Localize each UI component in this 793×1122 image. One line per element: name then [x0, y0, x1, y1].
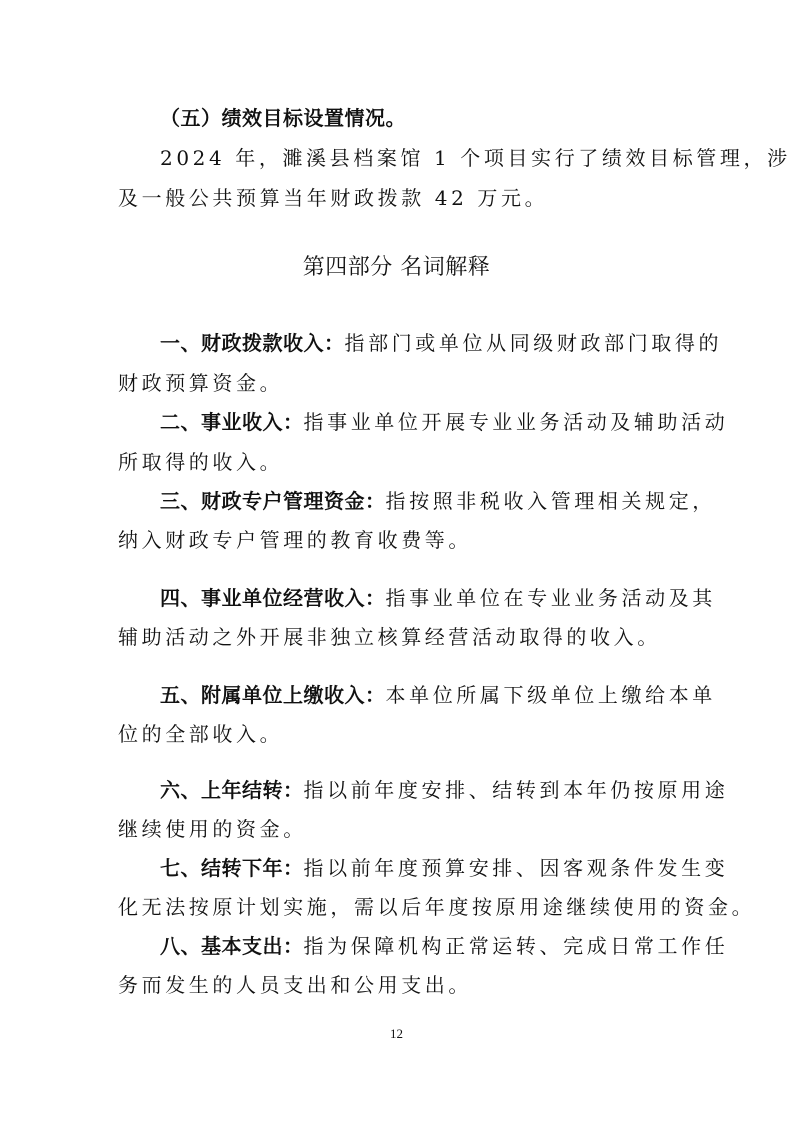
definition-term: 六、上年结转：	[160, 778, 304, 802]
definition-item: 一、财政拨款收入：指部门或单位从同级财政部门取得的	[160, 331, 722, 355]
definition-continuation: 继续使用的资金。	[118, 817, 307, 841]
definition-text: 指以前年度安排、结转到本年仍按原用途	[304, 778, 729, 802]
section-title: 第四部分 名词解释	[0, 254, 793, 282]
definition-term: 四、事业单位经营收入：	[160, 586, 386, 610]
definition-text: 指以前年度预算安排、因客观条件发生变	[304, 856, 729, 880]
definition-term: 一、财政拨款收入：	[160, 331, 345, 355]
definition-continuation: 化无法按原计划实施，需以后年度按原用途继续使用的资金。	[118, 895, 755, 919]
subsection-heading: （五）绩效目标设置情况。	[160, 106, 406, 130]
document-page: （五）绩效目标设置情况。 2024 年，濉溪县档案馆 1 个项目实行了绩效目标管…	[0, 0, 793, 1122]
definition-term: 三、财政专户管理资金：	[160, 489, 386, 513]
definition-text: 指部门或单位从同级财政部门取得的	[345, 331, 723, 355]
definition-text: 指为保障机构正常运转、完成日常工作任	[304, 934, 729, 958]
definition-item: 四、事业单位经营收入：指事业单位在专业业务活动及其	[160, 586, 716, 610]
definition-text: 指按照非税收入管理相关规定，	[386, 489, 716, 513]
definition-continuation: 纳入财政专户管理的教育收费等。	[118, 528, 472, 552]
definition-item: 五、附属单位上缴收入：本单位所属下级单位上缴给本单	[160, 683, 716, 707]
definition-text: 本单位所属下级单位上缴给本单	[386, 683, 716, 707]
definition-term: 五、附属单位上缴收入：	[160, 683, 386, 707]
definition-item: 八、基本支出：指为保障机构正常运转、完成日常工作任	[160, 934, 728, 958]
definition-continuation: 务而发生的人员支出和公用支出。	[118, 973, 472, 997]
definition-item: 六、上年结转：指以前年度安排、结转到本年仍按原用途	[160, 778, 728, 802]
paragraph-line: 及一般公共预算当年财政拨款 42 万元。	[118, 186, 548, 210]
definition-term: 八、基本支出：	[160, 934, 304, 958]
definition-text: 指事业单位在专业业务活动及其	[386, 586, 716, 610]
definition-continuation: 辅助活动之外开展非独立核算经营活动取得的收入。	[118, 625, 661, 649]
definition-continuation: 财政预算资金。	[118, 371, 283, 395]
definition-term: 七、结转下年：	[160, 856, 304, 880]
definition-continuation: 所取得的收入。	[118, 450, 283, 474]
definition-term: 二、事业收入：	[160, 410, 304, 434]
paragraph-line: 2024 年，濉溪县档案馆 1 个项目实行了绩效目标管理，涉	[160, 146, 791, 170]
page-number: 12	[0, 1026, 793, 1042]
definition-continuation: 位的全部收入。	[118, 722, 283, 746]
definition-item: 七、结转下年：指以前年度预算安排、因客观条件发生变	[160, 856, 728, 880]
definition-text: 指事业单位开展专业业务活动及辅助活动	[304, 410, 729, 434]
definition-item: 二、事业收入：指事业单位开展专业业务活动及辅助活动	[160, 410, 728, 434]
definition-item: 三、财政专户管理资金：指按照非税收入管理相关规定，	[160, 489, 716, 513]
